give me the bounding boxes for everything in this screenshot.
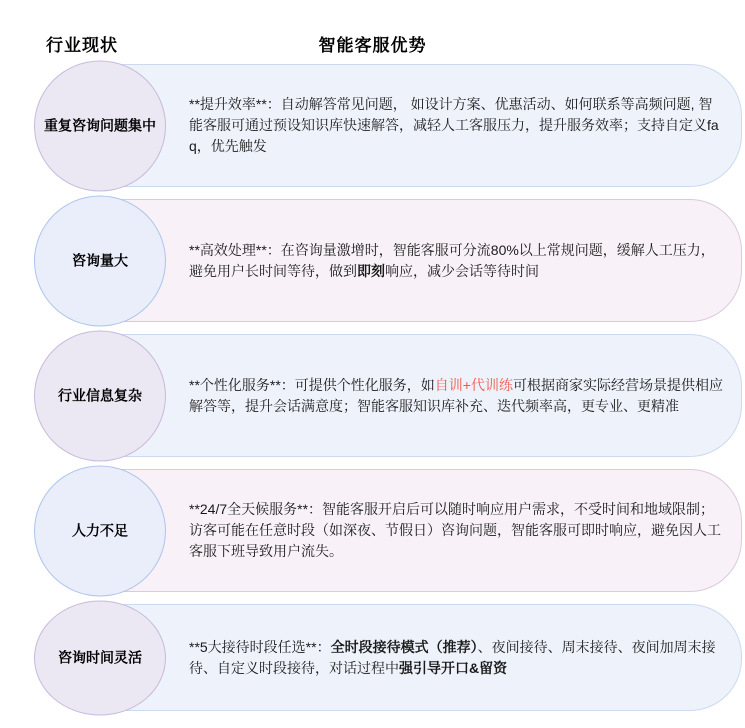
status-circle: 咨询时间灵活 xyxy=(34,600,166,715)
comparison-rows: **提升效率**：自动解答常见问题， 如设计方案、优惠活动、如何联系等高频问题,… xyxy=(0,62,745,713)
status-circle: 人力不足 xyxy=(34,465,166,596)
advantage-text: **提升效率**：自动解答常见问题， 如设计方案、优惠活动、如何联系等高频问题,… xyxy=(189,94,725,157)
comparison-row: **个性化服务**：可提供个性化服务，如自训+代训练可根据商家实际经营场景提供相… xyxy=(0,332,745,459)
advantage-text: **24/7全天候服务**：智能客服开启后可以随时响应用户需求，不受时间和地域限… xyxy=(189,499,725,562)
comparison-row: **5大接待时段任选**：全时段接待模式（推荐）、夜间接待、周末接待、夜间加周末… xyxy=(0,602,745,713)
text-segment: 响应，减少会话等待时间 xyxy=(385,263,539,279)
comparison-row: **高效处理**：在咨询量激增时，智能客服可分流80%以上常规问题，缓解人工压力… xyxy=(0,197,745,324)
status-circle-label: 人力不足 xyxy=(69,522,131,540)
text-segment: **5大接待时段任选**： xyxy=(189,639,331,655)
advantage-text: **个性化服务**：可提供个性化服务，如自训+代训练可根据商家实际经营场景提供相… xyxy=(189,375,725,417)
text-segment: **24/7全天候服务**：智能客服开启后可以随时响应用户需求，不受时间和地域限… xyxy=(189,501,721,559)
advantage-text: **高效处理**：在咨询量激增时，智能客服可分流80%以上常规问题，缓解人工压力… xyxy=(189,240,725,282)
status-circle-label: 行业信息复杂 xyxy=(55,387,145,405)
status-circle-label: 咨询时间灵活 xyxy=(55,649,145,667)
text-segment: 自训+代训练 xyxy=(435,377,513,393)
status-circle: 行业信息复杂 xyxy=(34,330,166,461)
status-circle-label: 重复咨询问题集中 xyxy=(41,117,159,135)
status-circle: 重复咨询问题集中 xyxy=(34,60,166,191)
text-segment: 全时段接待模式（推荐） xyxy=(331,639,478,655)
comparison-row: **提升效率**：自动解答常见问题， 如设计方案、优惠活动、如何联系等高频问题,… xyxy=(0,62,745,189)
text-segment: 强引导开口&留资 xyxy=(399,660,507,676)
comparison-row: **24/7全天候服务**：智能客服开启后可以随时响应用户需求，不受时间和地域限… xyxy=(0,467,745,594)
smart-service-advantages-title: 智能客服优势 xyxy=(0,31,745,56)
advantage-text: **5大接待时段任选**：全时段接待模式（推荐）、夜间接待、周末接待、夜间加周末… xyxy=(189,637,725,679)
text-segment: 即刻 xyxy=(357,263,385,279)
status-circle-label: 咨询量大 xyxy=(69,252,131,270)
text-segment: **提升效率**：自动解答常见问题， 如设计方案、优惠活动、如何联系等高频问题,… xyxy=(189,96,719,154)
status-circle: 咨询量大 xyxy=(34,195,166,326)
text-segment: **个性化服务**：可提供个性化服务，如 xyxy=(189,377,435,393)
comparison-diagram: 行业现状 智能客服优势 **提升效率**：自动解答常见问题， 如设计方案、优惠活… xyxy=(0,0,745,728)
